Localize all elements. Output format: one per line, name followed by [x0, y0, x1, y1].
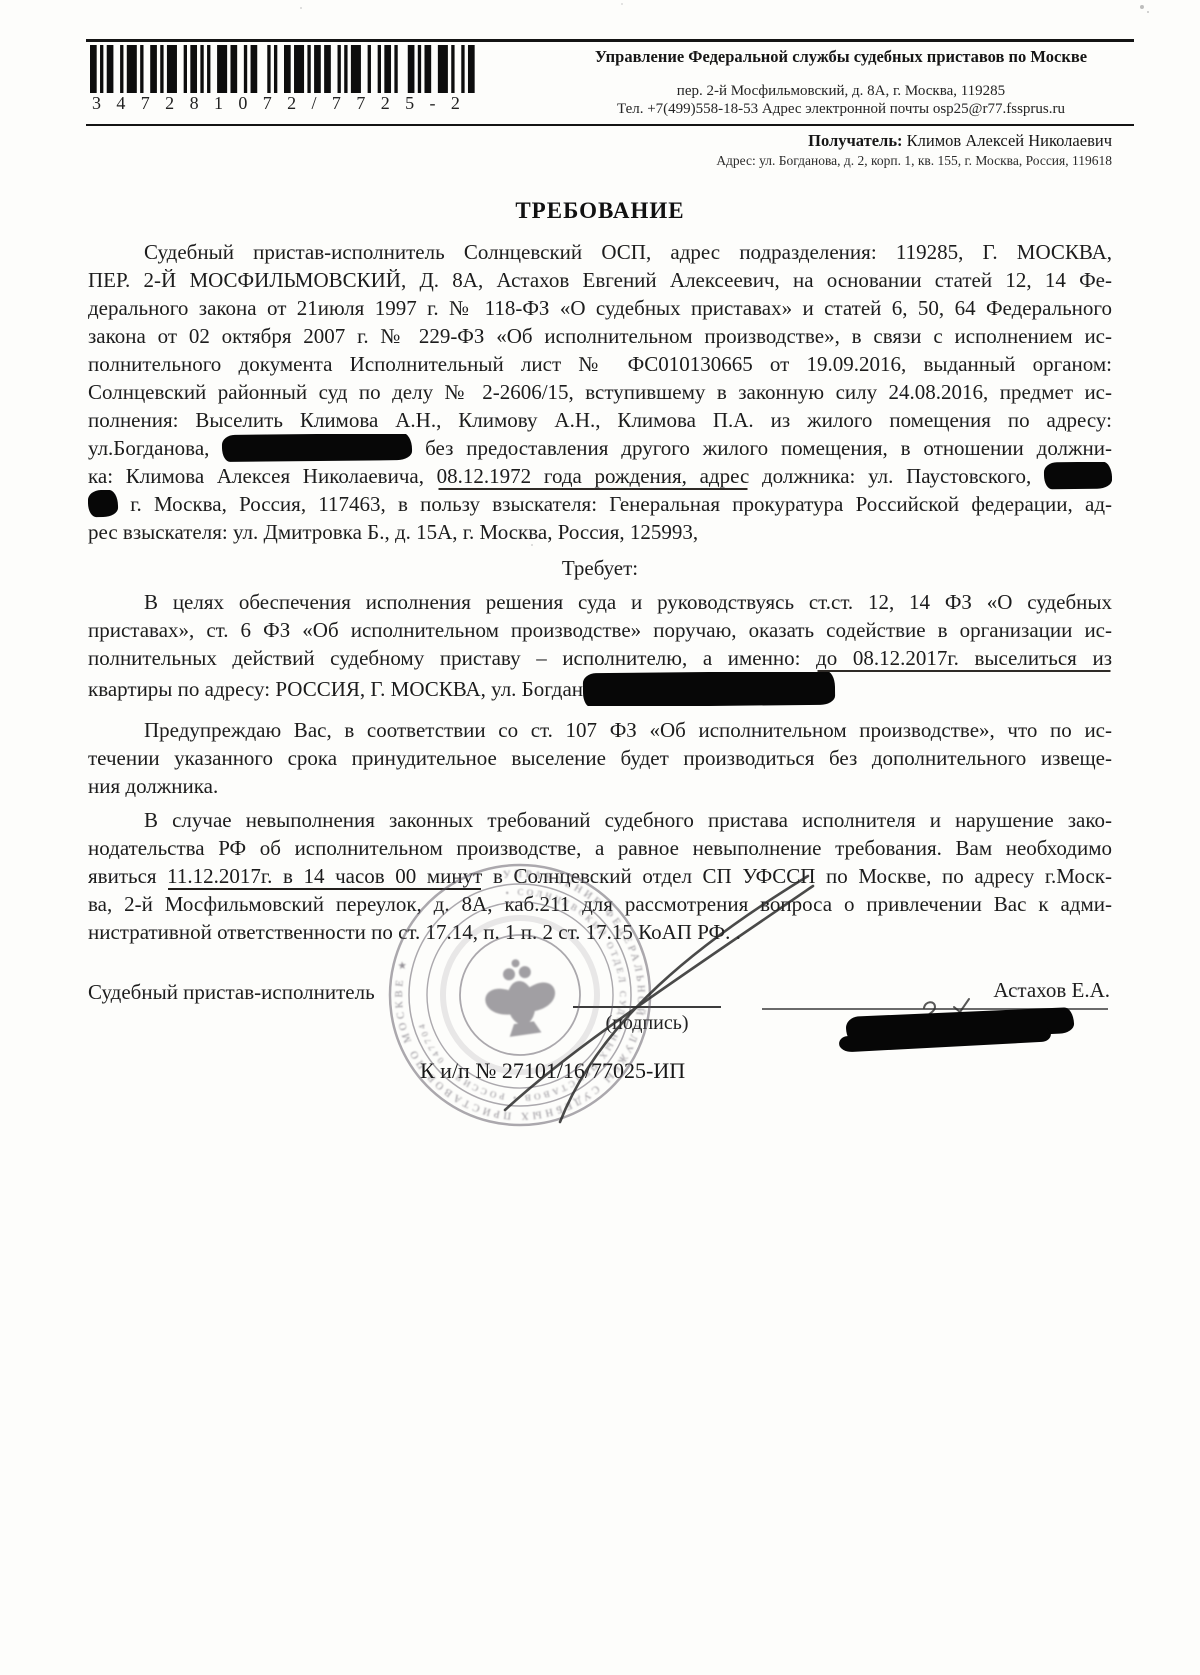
doc-line: Судебный пристав-исполнитель Солнцевский…: [88, 238, 1112, 266]
barcode-digit: 7: [141, 93, 150, 114]
redaction-blob: [222, 434, 412, 462]
doc-line: рес взыскателя: ул. Дмитровка Б., д. 15А…: [88, 518, 1112, 546]
doc-line: ул.Богданова, без предоставления другого…: [88, 434, 1112, 462]
barcode-digit: 2: [287, 93, 296, 114]
recipient-name: Климов Алексей Николаевич: [903, 131, 1112, 150]
barcode-digit: 4: [116, 93, 125, 114]
recipient-name-line: Получатель: Климов Алексей Николаевич: [552, 131, 1112, 151]
doc-body: ТРЕБОВАНИЕ Судебный пристав-исполнитель …: [88, 196, 1112, 946]
barcode-digit: 1: [214, 93, 223, 114]
officer-name: Астахов Е.А.: [993, 978, 1110, 1003]
recipient-label: Получатель:: [808, 131, 902, 150]
doc-line: Солнцевский районный суд по делу № 2-260…: [88, 378, 1112, 406]
doc-line: течении указанного срока принудительное …: [88, 744, 1112, 772]
barcode-digit: 3: [92, 93, 101, 114]
recipient-block: Получатель: Климов Алексей Николаевич Ад…: [552, 131, 1112, 169]
barcode-digit: 2: [165, 93, 174, 114]
doc-line: приставах», ст. 6 ФЗ «Об исполнительном …: [88, 616, 1112, 644]
pen-underlined-text: до 08.12.2017г. выселиться из: [816, 646, 1112, 670]
doc-title: ТРЕБОВАНИЕ: [88, 196, 1112, 226]
barcode-digit: 7: [332, 93, 341, 114]
org-address: пер. 2-й Мосфильмовский, д. 8А, г. Москв…: [560, 82, 1122, 100]
recipient-address: Адрес: ул. Богданова, д. 2, корп. 1, кв.…: [552, 153, 1112, 169]
official-stamp: УПРАВЛЕНИЕ ФЕДЕРАЛЬНОЙ СЛУЖБЫ СУДЕБНЫХ П…: [362, 837, 678, 1153]
doc-line: Предупреждаю Вас, в соответствии со ст. …: [88, 716, 1112, 744]
barcode-digit: 5: [405, 93, 414, 114]
letterhead-org-block: Управление Федеральной службы судебных п…: [560, 46, 1122, 118]
org-name: Управление Федеральной службы судебных п…: [560, 46, 1122, 67]
barcode-digit: -: [429, 93, 435, 114]
barcode-digit: 2: [381, 93, 390, 114]
doc-center-line: Требует:: [88, 554, 1112, 582]
doc-line: полнения: Выселить Климова А.Н., Климову…: [88, 406, 1112, 434]
doc-line: полнительных действий судебному приставу…: [88, 644, 1112, 672]
doc-line: г. Москва, Россия, 117463, в пользу взыс…: [88, 490, 1112, 518]
doc-line: В случае невыполнения законных требовани…: [88, 806, 1112, 834]
scanned-document-page: 347281072/7725-2 Управление Федеральной …: [0, 0, 1200, 1675]
pen-underlined-text: 08.12.1972 года рождения, адрес: [437, 464, 750, 488]
barcode-digit: 7: [263, 93, 272, 114]
doc-line: квартиры по адресу: РОССИЯ, Г. МОСКВА, у…: [88, 672, 1112, 706]
doc-line: ния должника.: [88, 772, 1112, 800]
barcode-digit: 8: [190, 93, 199, 114]
doc-line: ПЕР. 2-Й МОСФИЛЬМОВСКИЙ, Д. 8А, Астахов …: [88, 266, 1112, 294]
barcode-bars: [90, 45, 475, 93]
redaction-blob: [1044, 462, 1112, 489]
barcode-digit: 0: [238, 93, 247, 114]
barcode-digit: /: [312, 93, 317, 114]
doc-line: дерального закона от 21июля 1997 г. № 11…: [88, 294, 1112, 322]
doc-line: ка: Климова Алексея Николаевича, 08.12.1…: [88, 462, 1112, 490]
org-contact: Тел. +7(499)558-18-53 Адрес электронной …: [560, 100, 1122, 118]
barcode-digits: 347281072/7725-2: [92, 93, 460, 114]
letterhead-bottom-rule: [86, 124, 1134, 126]
redaction-blob: [88, 490, 118, 517]
doc-line: закона от 02 октября 2007 г. № 229-ФЗ «О…: [88, 322, 1112, 350]
doc-line: В целях обеспечения исполнения решения с…: [88, 588, 1112, 616]
barcode-digit: 2: [451, 93, 460, 114]
barcode-digit: 7: [356, 93, 365, 114]
letterhead-top-rule: [86, 39, 1134, 42]
scan-noise: [0, 0, 2, 2]
double-headed-eagle-emblem: [480, 954, 560, 1039]
doc-line: полнительного документа Исполнительный л…: [88, 350, 1112, 378]
signer-role-label: Судебный пристав-исполнитель: [88, 980, 375, 1005]
redaction-blob: [583, 672, 835, 706]
barcode: [90, 45, 478, 93]
